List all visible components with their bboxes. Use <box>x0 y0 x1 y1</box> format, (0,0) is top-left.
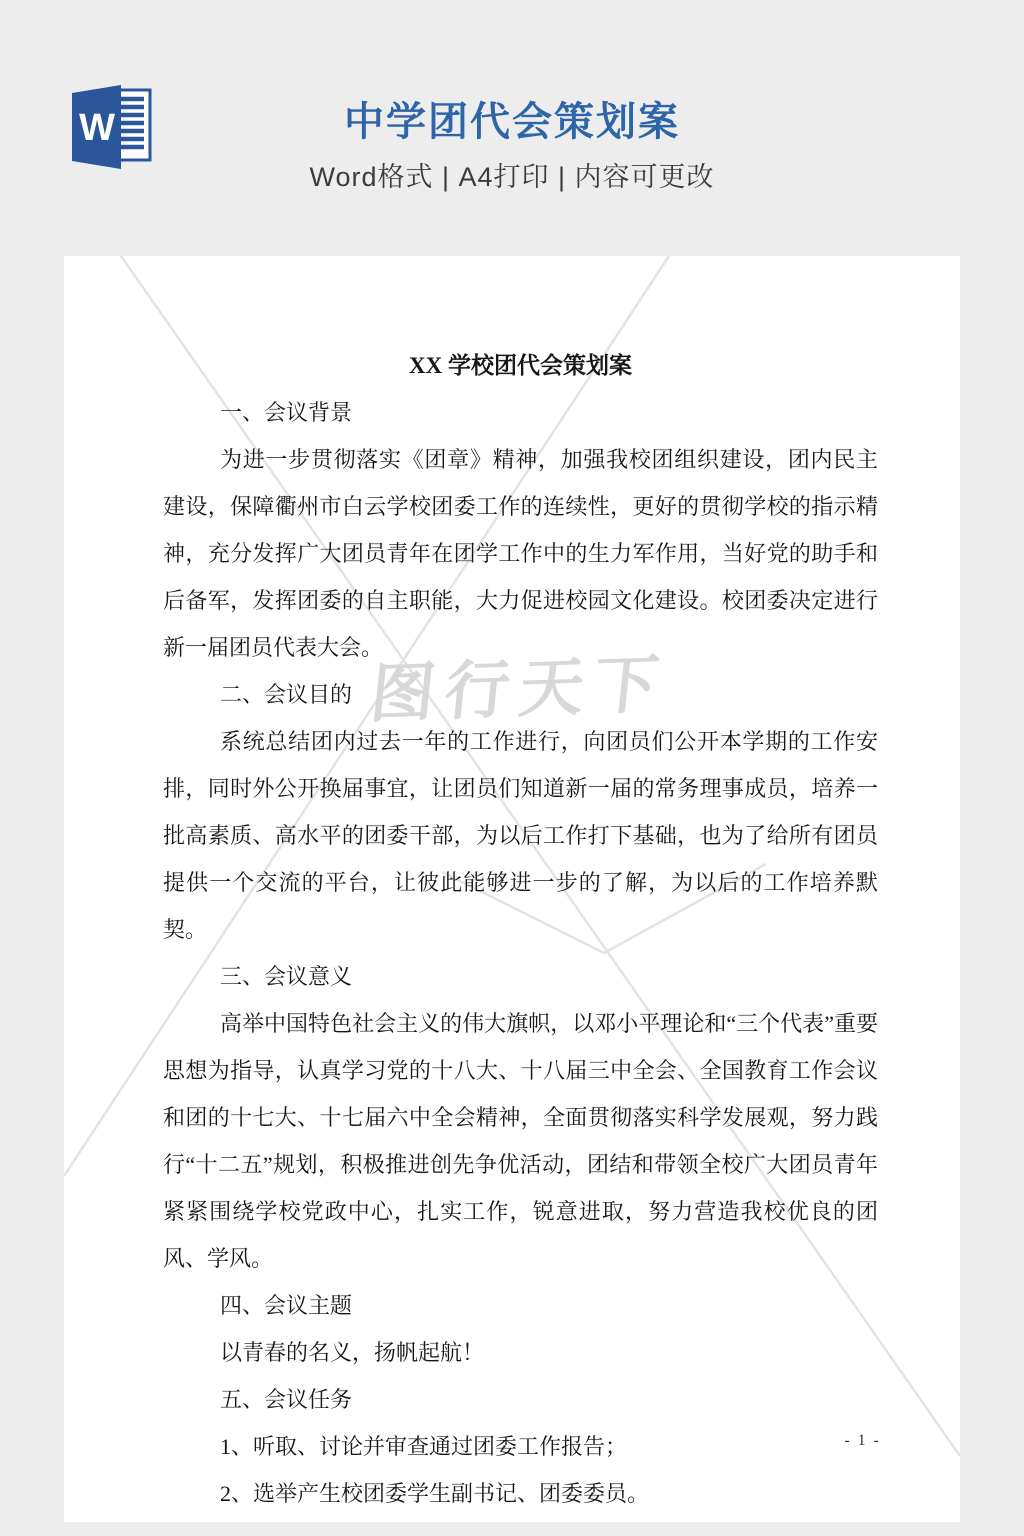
section-heading: 三、会议意义 <box>163 953 878 1000</box>
list-item: 1、听取、讨论并审查通过团委工作报告； <box>163 1423 878 1470</box>
document-title: XX 学校团代会策划案 <box>163 342 878 389</box>
document-page: 图行天下 XX 学校团代会策划案 一、会议背景 为进一步贯彻落实《团章》精神，加… <box>64 256 960 1522</box>
paragraph: 高举中国特色社会主义的伟大旗帜，以邓小平理论和“三个代表”重要思想为指导，认真学… <box>163 1000 878 1282</box>
page-subtitle: Word格式 | A4打印 | 内容可更改 <box>0 155 1024 194</box>
section-heading: 一、会议背景 <box>163 389 878 436</box>
page-title: 中学团代会策划案 <box>0 90 1024 147</box>
paragraph: 以青春的名义，扬帆起航！ <box>163 1329 878 1376</box>
document-content: XX 学校团代会策划案 一、会议背景 为进一步贯彻落实《团章》精神，加强我校团组… <box>64 256 960 1522</box>
section-heading: 四、会议主题 <box>163 1282 878 1329</box>
paragraph: 为进一步贯彻落实《团章》精神，加强我校团组织建设，团内民主建设，保障衢州市白云学… <box>163 436 878 671</box>
page-number: - 1 - <box>844 1432 881 1450</box>
paragraph: 系统总结团内过去一年的工作进行，向团员们公开本学期的工作安排，同时外公开换届事宜… <box>163 718 878 953</box>
section-theme: 四、会议主题 以青春的名义，扬帆起航！ <box>163 1282 878 1376</box>
section-significance: 三、会议意义 高举中国特色社会主义的伟大旗帜，以邓小平理论和“三个代表”重要思想… <box>163 953 878 1282</box>
list-item: 2、选举产生校团委学生副书记、团委委员。 <box>163 1470 878 1517</box>
section-purpose: 二、会议目的 系统总结团内过去一年的工作进行，向团员们公开本学期的工作安排，同时… <box>163 671 878 953</box>
section-heading: 五、会议任务 <box>163 1376 878 1423</box>
section-tasks: 五、会议任务 1、听取、讨论并审查通过团委工作报告； 2、选举产生校团委学生副书… <box>163 1376 878 1517</box>
section-heading: 二、会议目的 <box>163 671 878 718</box>
section-background: 一、会议背景 为进一步贯彻落实《团章》精神，加强我校团组织建设，团内民主建设，保… <box>163 389 878 671</box>
